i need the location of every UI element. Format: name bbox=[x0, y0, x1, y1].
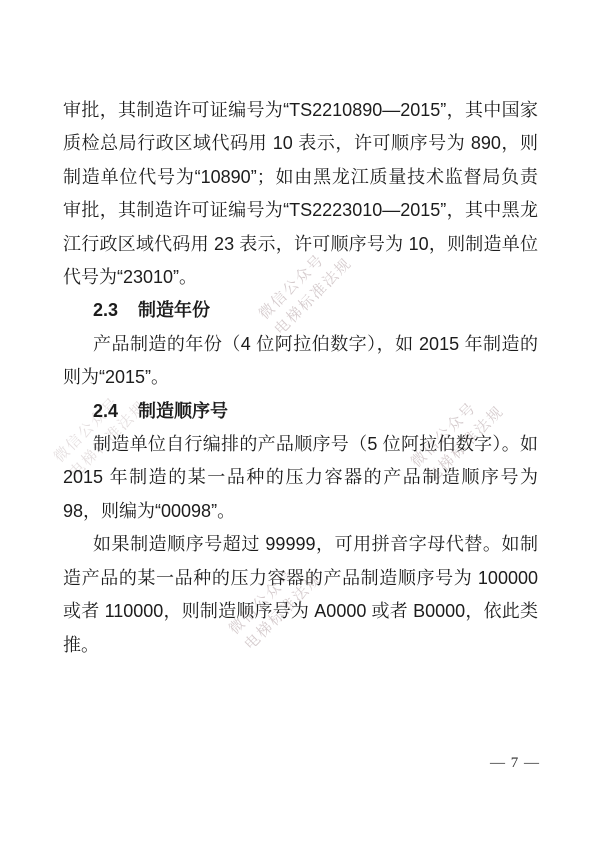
page-number: — 7 — bbox=[490, 755, 540, 771]
heading-section-2-3: 2.3制造年份 bbox=[63, 294, 538, 327]
paragraph-serial-number-1: 制造单位自行编排的产品顺序号（5 位阿拉伯数字）。如 2015 年制造的某一品种… bbox=[63, 428, 538, 528]
paragraph-serial-number-2: 如果制造顺序号超过 99999，可用拼音字母代替。如制造产品的某一品种的压力容器… bbox=[63, 528, 538, 662]
page-footer: — 7 — bbox=[0, 754, 540, 772]
paragraph-manufacture-year: 产品制造的年份（4 位阿拉伯数字），如 2015 年制造的则为“2015”。 bbox=[63, 328, 538, 395]
paragraph-license-code-examples: 审批，其制造许可证编号为“TS2210890—2015”，其中国家质检总局行政区… bbox=[63, 94, 538, 294]
page-content: 审批，其制造许可证编号为“TS2210890—2015”，其中国家质检总局行政区… bbox=[63, 94, 538, 662]
section-number: 2.4 bbox=[93, 401, 118, 421]
section-number: 2.3 bbox=[93, 300, 118, 320]
section-title: 制造年份 bbox=[138, 300, 210, 320]
document-page: 微信公众号 电梯标准法规 微信公众号 电梯标准法规 微信公众号 电梯标准法规 微… bbox=[0, 0, 600, 848]
section-title: 制造顺序号 bbox=[138, 401, 228, 421]
heading-section-2-4: 2.4制造顺序号 bbox=[63, 395, 538, 428]
